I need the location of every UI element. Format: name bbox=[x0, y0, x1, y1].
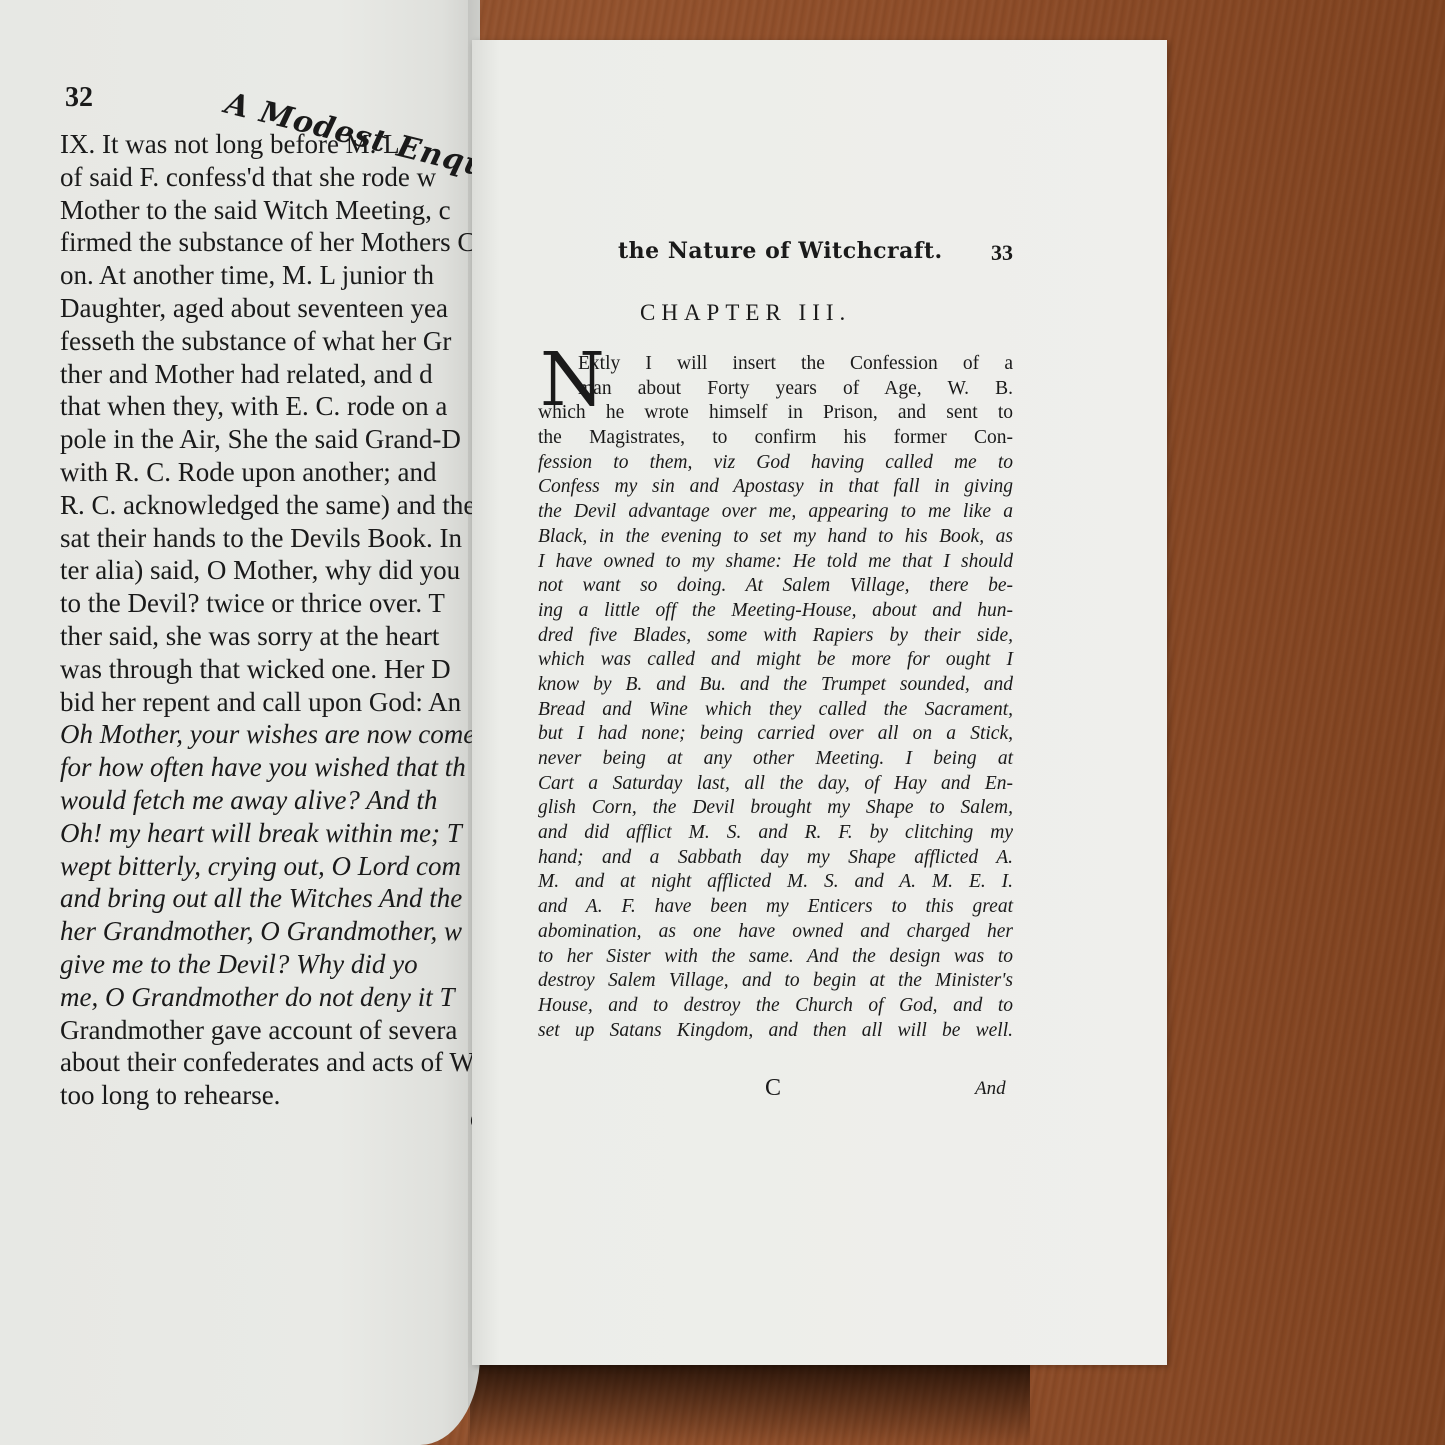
book-shadow bbox=[470, 1360, 1030, 1445]
text-line: to her Sister with the same. And the des… bbox=[538, 945, 1013, 970]
text-line: to the Devil? twice or thrice over. T bbox=[60, 587, 530, 620]
text-line: fesseth the substance of what her Gr bbox=[60, 325, 530, 358]
left-page-body-text: IX. It was not long before M. L.of said … bbox=[60, 128, 530, 1112]
text-line: ther said, she was sorry at the heart bbox=[60, 620, 530, 653]
text-line: which was called and might be more for o… bbox=[538, 648, 1013, 673]
text-line: the Devil advantage over me, appearing t… bbox=[538, 500, 1013, 525]
text-line: abomination, as one have owned and charg… bbox=[538, 920, 1013, 945]
text-line: glish Corn, the Devil brought my Shape t… bbox=[538, 796, 1013, 821]
left-page-number: 32 bbox=[65, 82, 93, 114]
right-page-catchword: And bbox=[975, 1078, 1006, 1100]
text-line: ing a little off the Meeting-House, abou… bbox=[538, 599, 1013, 624]
text-line: not want so doing. At Salem Village, the… bbox=[538, 574, 1013, 599]
text-line: sat their hands to the Devils Book. In bbox=[60, 522, 530, 555]
text-line: Bread and Wine which they called the Sac… bbox=[538, 698, 1013, 723]
text-line: set up Satans Kingdom, and then all will… bbox=[538, 1019, 1013, 1044]
text-line: on. At another time, M. L junior th bbox=[60, 259, 530, 292]
text-line: pole in the Air, She the said Grand-D bbox=[60, 423, 530, 456]
text-line: and A. F. have been my Enticers to this … bbox=[538, 895, 1013, 920]
text-line: Daughter, aged about seventeen yea bbox=[60, 292, 530, 325]
text-line: about their confederates and acts of Wi bbox=[60, 1046, 530, 1079]
text-line: Extly I will insert the Confession of a bbox=[538, 352, 1013, 377]
text-line: never being at any other Meeting. I bein… bbox=[538, 747, 1013, 772]
text-line: with R. C. Rode upon another; and bbox=[60, 456, 530, 489]
text-line: dred five Blades, some with Rapiers by t… bbox=[538, 624, 1013, 649]
text-line: Oh! my heart will break within me; T bbox=[60, 817, 530, 850]
text-line: for how often have you wished that th bbox=[60, 751, 530, 784]
text-line: and did afflict M. S. and R. F. by clitc… bbox=[538, 821, 1013, 846]
right-page-number: 33 bbox=[991, 240, 1013, 266]
text-line: man about Forty years of Age, W. B. bbox=[538, 377, 1013, 402]
text-line: me, O Grandmother do not deny it T bbox=[60, 981, 530, 1014]
text-line: fession to them, viz God having called m… bbox=[538, 451, 1013, 476]
text-line: would fetch me away alive? And th bbox=[60, 784, 530, 817]
right-page-body-text: Extly I will insert the Confession of am… bbox=[538, 352, 1013, 1043]
right-page-header: the Nature of Witchcraft. 33 bbox=[618, 238, 1013, 272]
text-line: and bring out all the Witches And the bbox=[60, 882, 530, 915]
text-line: M. and at night afflicted M. S. and A. M… bbox=[538, 870, 1013, 895]
text-line: Black, in the evening to set my hand to … bbox=[538, 525, 1013, 550]
text-line: destroy Salem Village, and to begin at t… bbox=[538, 969, 1013, 994]
text-line: was through that wicked one. Her D bbox=[60, 653, 530, 686]
text-line: Mother to the said Witch Meeting, c bbox=[60, 194, 530, 227]
text-line: Grandmother gave account of severa bbox=[60, 1014, 530, 1047]
chapter-title: CHAPTER III. bbox=[640, 300, 920, 326]
text-line: which he wrote himself in Prison, and se… bbox=[538, 401, 1013, 426]
text-line: firmed the substance of her Mothers C bbox=[60, 226, 530, 259]
text-line: I have owned to my shame: He told me tha… bbox=[538, 550, 1013, 575]
text-line: bid her repent and call upon God: An bbox=[60, 686, 530, 719]
text-line: wept bitterly, crying out, O Lord com bbox=[60, 850, 530, 883]
text-line: that when they, with E. C. rode on a bbox=[60, 390, 530, 423]
right-running-head: the Nature of Witchcraft. bbox=[618, 238, 943, 264]
text-line: Oh Mother, your wishes are now come bbox=[60, 718, 530, 751]
text-line: ter alia) said, O Mother, why did you bbox=[60, 554, 530, 587]
text-line: know by B. and Bu. and the Trumpet sound… bbox=[538, 673, 1013, 698]
text-line: her Grandmother, O Grandmother, w bbox=[60, 915, 530, 948]
text-line: too long to rehearse. bbox=[60, 1079, 530, 1112]
text-line: Cart a Saturday last, all the day, of Ha… bbox=[538, 772, 1013, 797]
text-line: the Magistrates, to confirm his former C… bbox=[538, 426, 1013, 451]
text-line: ther and Mother had related, and d bbox=[60, 358, 530, 391]
text-line: R. C. acknowledged the same) and the bbox=[60, 489, 530, 522]
text-line: Confess my sin and Apostasy in that fall… bbox=[538, 475, 1013, 500]
text-line: give me to the Devil? Why did yo bbox=[60, 948, 530, 981]
signature-mark: C bbox=[765, 1075, 781, 1102]
text-line: hand; and a Sabbath day my Shape afflict… bbox=[538, 846, 1013, 871]
text-line: but I had none; being carried over all o… bbox=[538, 722, 1013, 747]
text-line: of said F. confess'd that she rode w bbox=[60, 161, 530, 194]
text-line: House, and to destroy the Church of God,… bbox=[538, 994, 1013, 1019]
text-line: IX. It was not long before M. L. bbox=[60, 128, 530, 161]
